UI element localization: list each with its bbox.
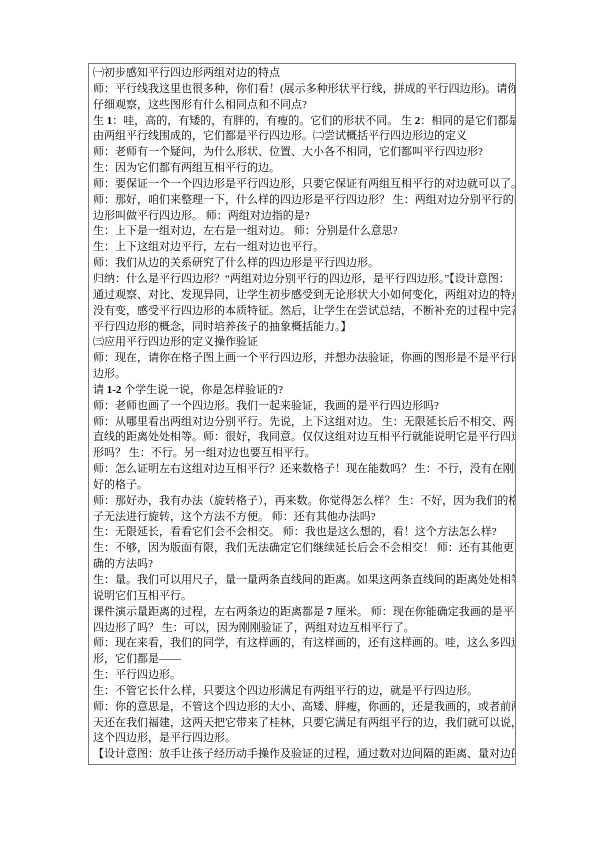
text-line: 【设计意图：放手让孩子经历动手操作及验证的过程，通过数对边间隔的距离、量对边的 [93,747,512,763]
text-line: 生：上下这组对边平行，左右一组对边也平行。 [93,240,512,256]
text-line: 生：无限延长，看看它们会不会相交。 师：我也是这么想的，看！这个方法怎么样? [93,525,512,541]
text-line: 归纳：什么是平行四边形？“两组对边分别平行的四边形，是平行四边形。”【设计意图： [93,272,512,288]
text-line: 没有变，感受平行四边形的本质特征。然后，让学生在尝试总结，不断补充的过程中完善 [93,304,512,320]
document-page: ㈠初步感知平行四边形两组对边的特点师：平行线我这里也很多种，你们看！(展示多种形… [0,0,595,842]
text-line: 子无法进行旋转，这个方法不方便。 师：还有其他办法吗? [93,510,512,526]
text-line: 师：你的意思是，不管这个四边形的大小、高矮、胖瘦，你画的，还是我画的，或者前两 [93,700,512,716]
text-line: ㈢应用平行四边形的定义操作验证 [93,335,512,351]
text-line: 师：怎么证明左右这组对边互相平行？还来数格子！现在能数吗？ 生：不行，没有在刚刚 [93,462,512,478]
text-line: 生：上下是一组对边，左右是一组对边。 师：分别是什么意思? [93,224,512,240]
text-line: 生：不够，因为版面有限，我们无法确定它们继续延长后会不会相交！ 师：还有其他更准 [93,541,512,557]
text-line: 生：不管它长什么样，只要这个四边形满足有两组平行的边，就是平行四边形。 [93,684,512,700]
text-line: 生：因为它们都有两组互相平行的边。 [93,161,512,177]
text-line: 师：要保证一个一个四边形是平行四边形，只要它保证有两组互相平行的对边就可以了。 [93,177,512,193]
text-line: 师：老师有一个疑问，为什么形状、位置、大小各不相同，它们都叫平行四边形? [93,145,512,161]
text-line: 课件演示量距离的过程，左右两条边的距离都是 7 厘米。 师：现在你能确定我画的是… [93,605,512,621]
text-line: 通过观察、对比、发现异同，让学生初步感受到无论形状大小如何变化，两组对边的特点 [93,288,512,304]
text-line: 师：平行线我这里也很多种，你们看！(展示多种形状平行线，拼成的平行四边形)。请你 [93,82,512,98]
text-line: 师：现在来看，我们的同学，有这样画的，有这样画的，还有这样画的。哇，这么多四边 [93,636,512,652]
text-line: 师：我们从边的关系研究了什么样的四边形是平行四边形。 [93,256,512,272]
text-line: 师：老师也画了一个四边形。我们一起来验证，我画的是平行四边形吗? [93,399,512,415]
text-line: 请 1-2 个学生说一说，你是怎样验证的? [93,383,512,399]
text-line: 师：那好，咱们来整理一下，什么样的四边形是平行四边形？ 生：两组对边分别平行的四 [93,193,512,209]
lesson-transcript-table-cell: ㈠初步感知平行四边形两组对边的特点师：平行线我这里也很多种，你们看！(展示多种形… [88,63,516,765]
text-line: 形，它们都是—— [93,652,512,668]
text-line: 这个四边形，是平行四边形。 [93,731,512,747]
text-line: 天还在我们福建，这两天把它带来了桂林，只要它满足有两组平行的边，我们就可以说， [93,716,512,732]
text-line: 直线的距离处处相等。师：很好，我同意。仅仅这组对边互相平行就能说明它是平行四边 [93,430,512,446]
text-line: 生：量。我们可以用尺子，量一量两条直线间的距离。如果这两条直线间的距离处处相等， [93,573,512,589]
text-line: ㈠初步感知平行四边形两组对边的特点 [93,66,512,82]
text-line: 确的方法吗? [93,557,512,573]
text-line: 师：现在，请你在格子图上画一个平行四边形，并想办法验证，你画的图形是不是平行四 [93,351,512,367]
text-line: 师：从哪里看出两组对边分别平行。先说，上下这组对边。 生：无限延长后不相交、两条 [93,415,512,431]
text-line: 好的格子。 [93,478,512,494]
text-line: 边形。 [93,367,512,383]
text-line: 平行四边形的概念，同时培养孩子的抽象概括能力。】 [93,320,512,336]
text-line: 说明它们互相平行。 [93,589,512,605]
text-line: 边形叫做平行四边形。 师：两组对边指的是? [93,209,512,225]
text-line: 生：平行四边形。 [93,668,512,684]
text-line: 形吗？ 生：不行。另一组对边也要互相平行。 [93,446,512,462]
text-line: 师：那好办，我有办法（旋转格子），再来数。你觉得怎么样？ 生：不好，因为我们的格 [93,494,512,510]
text-line: 由两组平行线围成的，它们都是平行四边形。㈡尝试概括平行四边形边的定义 [93,129,512,145]
text-line: 生 1：哇，高的，有矮的，有胖的，有瘦的。它们的形状不同。 生 2：相同的是它们… [93,114,512,130]
text-line: 四边形了吗？ 生：可以，因为刚刚验证了，两组对边互相平行了。 [93,621,512,637]
text-line: 仔细观察，这些图形有什么相同点和不同点? [93,98,512,114]
